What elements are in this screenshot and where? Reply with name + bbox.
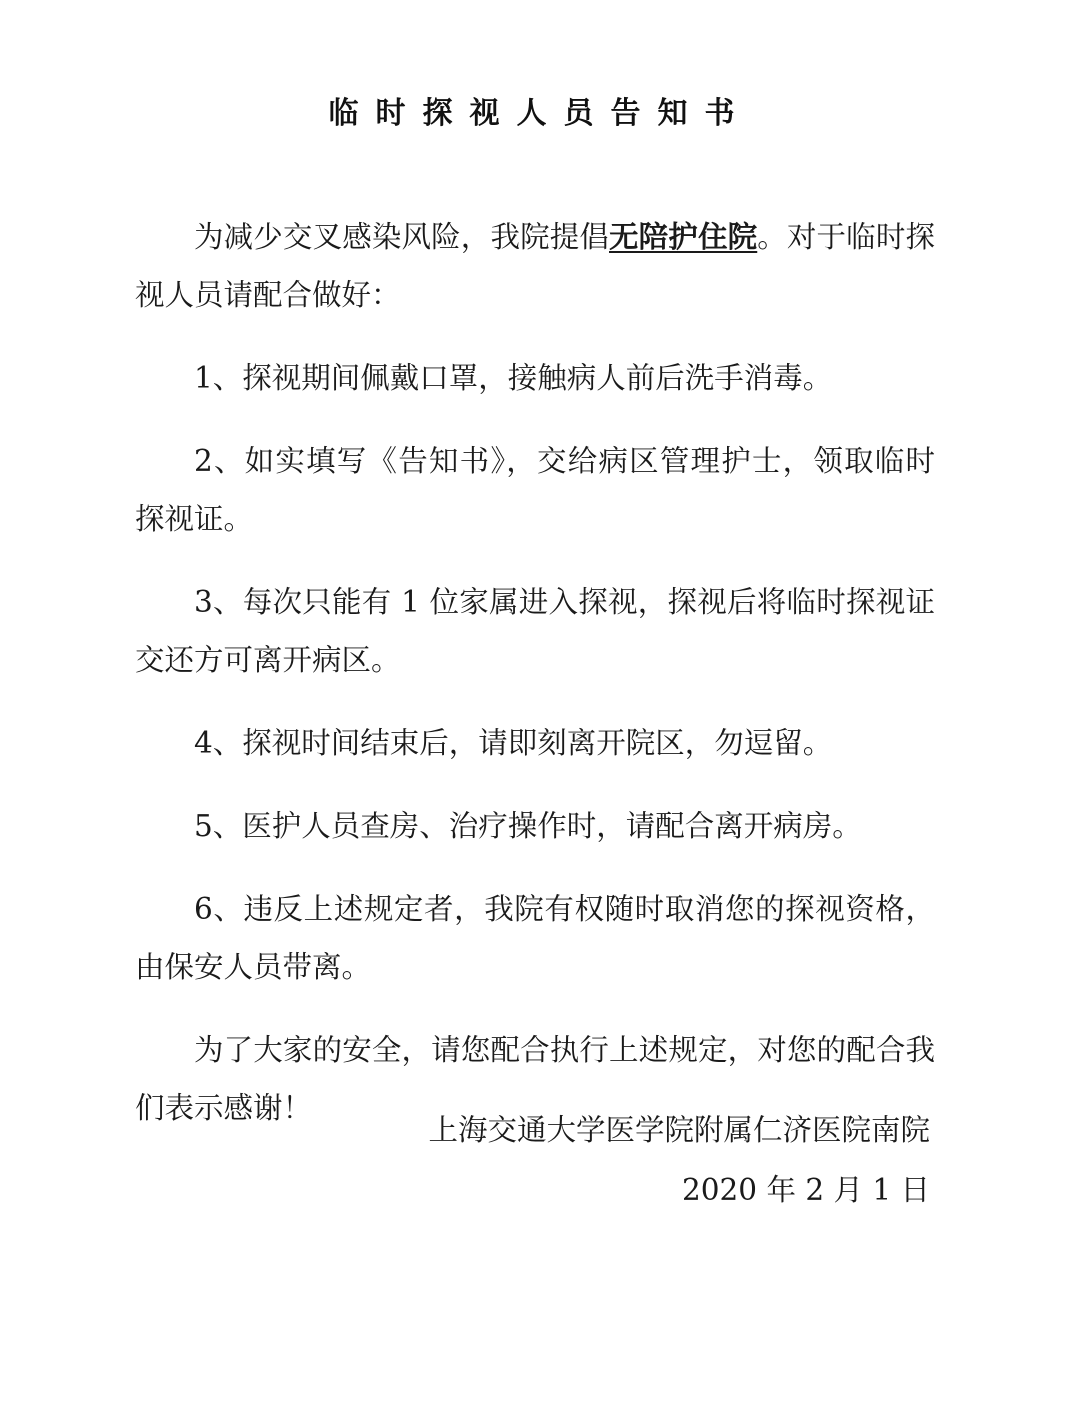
rule-6: 6、违反上述规定者，我院有权随时取消您的探视资格，由保安人员带离。: [135, 880, 935, 996]
rule-2: 2、如实填写《告知书》，交给病区管理护士，领取临时探视证。: [135, 432, 935, 548]
intro-paragraph: 为减少交叉感染风险，我院提倡无陪护住院。对于临时探视人员请配合做好：: [135, 208, 935, 324]
intro-emphasis: 无陪护住院: [609, 220, 757, 254]
notice-body: 为减少交叉感染风险，我院提倡无陪护住院。对于临时探视人员请配合做好： 1、探视期…: [135, 208, 935, 1162]
signature-organization: 上海交通大学医学院附属仁济医院南院: [428, 1110, 930, 1150]
rule-1: 1、探视期间佩戴口罩，接触病人前后洗手消毒。: [135, 349, 935, 407]
rule-4: 4、探视时间结束后，请即刻离开院区，勿逗留。: [135, 714, 935, 772]
intro-text-before: 为减少交叉感染风险，我院提倡: [194, 220, 609, 254]
rule-3: 3、每次只能有 1 位家属进入探视，探视后将临时探视证交还方可离开病区。: [135, 573, 935, 689]
page-title: 临时探视人员告知书: [0, 88, 1080, 132]
signature-date: 2020 年 2 月 1 日: [682, 1170, 930, 1210]
rule-5: 5、医护人员查房、治疗操作时，请配合离开病房。: [135, 797, 935, 855]
